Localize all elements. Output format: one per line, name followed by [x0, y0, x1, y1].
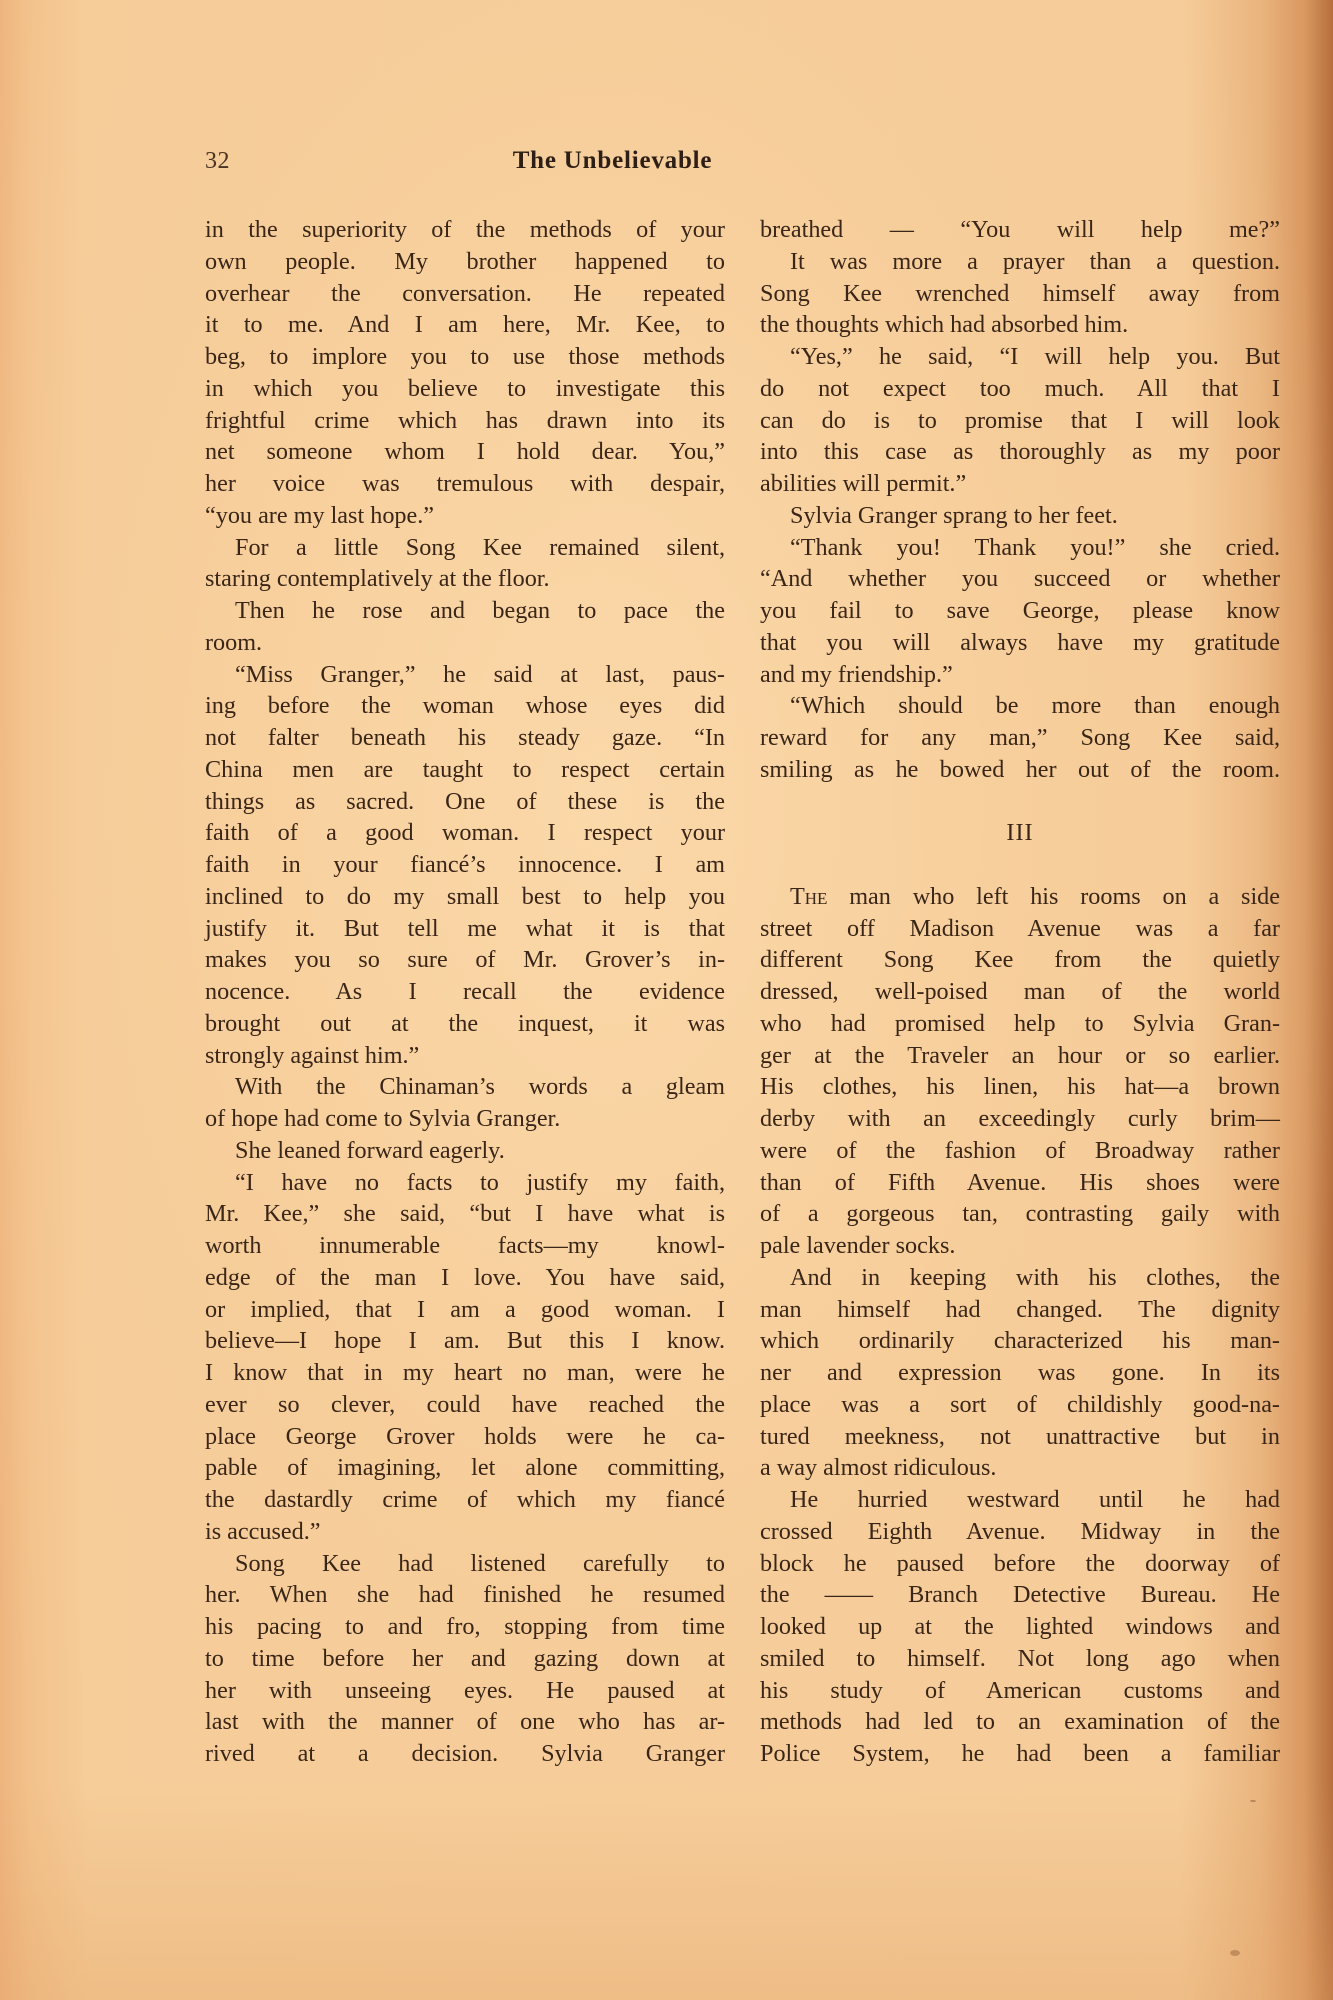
text-line: or implied, that I am a good woman. I [205, 1294, 725, 1326]
text-line: worth innumerable facts—my knowl- [205, 1230, 725, 1262]
text-line: into this case as thoroughly as my poor [760, 436, 1280, 468]
text-line: staring contemplatively at the floor. [205, 563, 725, 595]
text-line: nocence. As I recall the evidence [205, 976, 725, 1008]
text-line: ing before the woman whose eyes did [205, 690, 725, 722]
text-line: own people. My brother happened to [205, 246, 725, 278]
text-line: reward for any man,” Song Kee said, [760, 722, 1280, 754]
text-line: brought out at the inquest, it was [205, 1008, 725, 1040]
right-column-before-section: breathed — “You will help me?”It was mor… [760, 214, 1280, 786]
text-line: a way almost ridiculous. [760, 1452, 1280, 1484]
section-opening-rest: man who left his rooms on a side [827, 883, 1280, 910]
text-line: strongly against him.” [205, 1040, 725, 1072]
text-line: ger at the Traveler an hour or so earlie… [760, 1040, 1280, 1072]
text-line: man himself had changed. The dignity [760, 1294, 1280, 1326]
text-line: He hurried westward until he had [760, 1484, 1280, 1516]
text-line: net someone whom I hold dear. You,” [205, 436, 725, 468]
text-line: pable of imagining, let alone committing… [205, 1452, 725, 1484]
text-line: I know that in my heart no man, were he [205, 1357, 725, 1389]
text-line: the —— Branch Detective Bureau. He [760, 1579, 1280, 1611]
section-heading: III [760, 817, 1280, 849]
text-line: overhear the conversation. He repeated [205, 278, 725, 310]
right-column-after-section: street off Madison Avenue was a fardiffe… [760, 913, 1280, 1770]
text-line: “I have no facts to justify my faith, [205, 1167, 725, 1199]
text-line: faith in your fiancé’s innocence. I am [205, 849, 725, 881]
text-line: “Yes,” he said, “I will help you. But [760, 341, 1280, 373]
text-line: Song Kee wrenched himself away from [760, 278, 1280, 310]
text-line: smiled to himself. Not long ago when [760, 1643, 1280, 1675]
text-line: than of Fifth Avenue. His shoes were [760, 1167, 1280, 1199]
text-line: “Miss Granger,” he said at last, paus- [205, 659, 725, 691]
text-line: and my friendship.” [760, 659, 1280, 691]
text-line: Sylvia Granger sprang to her feet. [760, 500, 1280, 532]
blank-line [760, 849, 1280, 881]
text-line: faith of a good woman. I respect your [205, 817, 725, 849]
text-line: her. When she had finished he resumed [205, 1579, 725, 1611]
text-line: “you are my last hope.” [205, 500, 725, 532]
text-line: her with unseeing eyes. He paused at [205, 1675, 725, 1707]
text-line: block he paused before the doorway of [760, 1548, 1280, 1580]
text-line: that you will always have my gratitude [760, 627, 1280, 659]
text-line: last with the manner of one who has ar- [205, 1706, 725, 1738]
text-line: pale lavender socks. [760, 1230, 1280, 1262]
text-line: room. [205, 627, 725, 659]
text-line: rived at a decision. Sylvia Granger [205, 1738, 725, 1770]
text-line: smiling as he bowed her out of the room. [760, 754, 1280, 786]
text-line: tured meekness, not unattractive but in [760, 1421, 1280, 1453]
section-opening-smallcaps: The [790, 883, 827, 910]
text-line: it to me. And I am here, Mr. Kee, to [205, 309, 725, 341]
text-line: can do is to promise that I will look [760, 405, 1280, 437]
text-line: who had promised help to Sylvia Gran- [760, 1008, 1280, 1040]
running-head: 32 The Unbelievable [0, 148, 1333, 178]
text-line: edge of the man I love. You have said, [205, 1262, 725, 1294]
text-line: “And whether you succeed or whether [760, 563, 1280, 595]
text-line: It was more a prayer than a question. [760, 246, 1280, 278]
text-line: beg, to implore you to use those methods [205, 341, 725, 373]
text-line: frightful crime which has drawn into its [205, 405, 725, 437]
paper-stain [1230, 1950, 1240, 1956]
book-page: 32 The Unbelievable in the superiority o… [0, 0, 1333, 2000]
text-line: is accused.” [205, 1516, 725, 1548]
text-line: “Which should be more than enough [760, 690, 1280, 722]
text-line: the dastardly crime of which my fiancé [205, 1484, 725, 1516]
paper-mark [1250, 1800, 1256, 1802]
text-line: makes you so sure of Mr. Grover’s in- [205, 944, 725, 976]
text-line: his pacing to and fro, stopping from tim… [205, 1611, 725, 1643]
text-line: her voice was tremulous with despair, [205, 468, 725, 500]
text-line: And in keeping with his clothes, the [760, 1262, 1280, 1294]
text-line: of a gorgeous tan, contrasting gaily wit… [760, 1198, 1280, 1230]
text-line: to time before her and gazing down at [205, 1643, 725, 1675]
text-line: different Song Kee from the quietly [760, 944, 1280, 976]
text-line: inclined to do my small best to help you [205, 881, 725, 913]
text-line: derby with an exceedingly curly brim— [760, 1103, 1280, 1135]
text-line: abilities will permit.” [760, 468, 1280, 500]
text-line: things as sacred. One of these is the [205, 786, 725, 818]
text-line: looked up at the lighted windows and [760, 1611, 1280, 1643]
text-line: Song Kee had listened carefully to [205, 1548, 725, 1580]
text-line: do not expect too much. All that I [760, 373, 1280, 405]
text-line: Police System, he had been a familiar [760, 1738, 1280, 1770]
text-line: For a little Song Kee remained silent, [205, 532, 725, 564]
text-line: not falter beneath his steady gaze. “In [205, 722, 725, 754]
text-line: China men are taught to respect certain [205, 754, 725, 786]
text-line: ner and expression was gone. In its [760, 1357, 1280, 1389]
text-line: His clothes, his linen, his hat—a brown [760, 1071, 1280, 1103]
text-line: methods had led to an examination of the [760, 1706, 1280, 1738]
text-line: place George Grover holds were he ca- [205, 1421, 725, 1453]
text-line: “Thank you! Thank you!” she cried. [760, 532, 1280, 564]
text-line: believe—I hope I am. But this I know. [205, 1325, 725, 1357]
text-line: breathed — “You will help me?” [760, 214, 1280, 246]
text-line: Mr. Kee,” she said, “but I have what is [205, 1198, 725, 1230]
text-line: street off Madison Avenue was a far [760, 913, 1280, 945]
text-line: of hope had come to Sylvia Granger. [205, 1103, 725, 1135]
text-line: Then he rose and began to pace the [205, 595, 725, 627]
right-text-column: breathed — “You will help me?”It was mor… [760, 214, 1280, 1770]
text-line: ever so clever, could have reached the [205, 1389, 725, 1421]
text-line: place was a sort of childishly good-na- [760, 1389, 1280, 1421]
text-line: crossed Eighth Avenue. Midway in the [760, 1516, 1280, 1548]
left-text-column: in the superiority of the methods of you… [205, 214, 725, 1770]
running-title: The Unbelievable [0, 147, 1333, 175]
text-line: his study of American customs and [760, 1675, 1280, 1707]
text-line: She leaned forward eagerly. [205, 1135, 725, 1167]
text-line: dressed, well-poised man of the world [760, 976, 1280, 1008]
text-line: were of the fashion of Broadway rather [760, 1135, 1280, 1167]
text-line: the thoughts which had absorbed him. [760, 309, 1280, 341]
text-line: in which you believe to investigate this [205, 373, 725, 405]
text-line: you fail to save George, please know [760, 595, 1280, 627]
text-line: With the Chinaman’s words a gleam [205, 1071, 725, 1103]
text-line: justify it. But tell me what it is that [205, 913, 725, 945]
blank-line [760, 786, 1280, 818]
text-line: in the superiority of the methods of you… [205, 214, 725, 246]
section-opening-line: The man who left his rooms on a side [760, 881, 1280, 913]
text-line: which ordinarily characterized his man- [760, 1325, 1280, 1357]
